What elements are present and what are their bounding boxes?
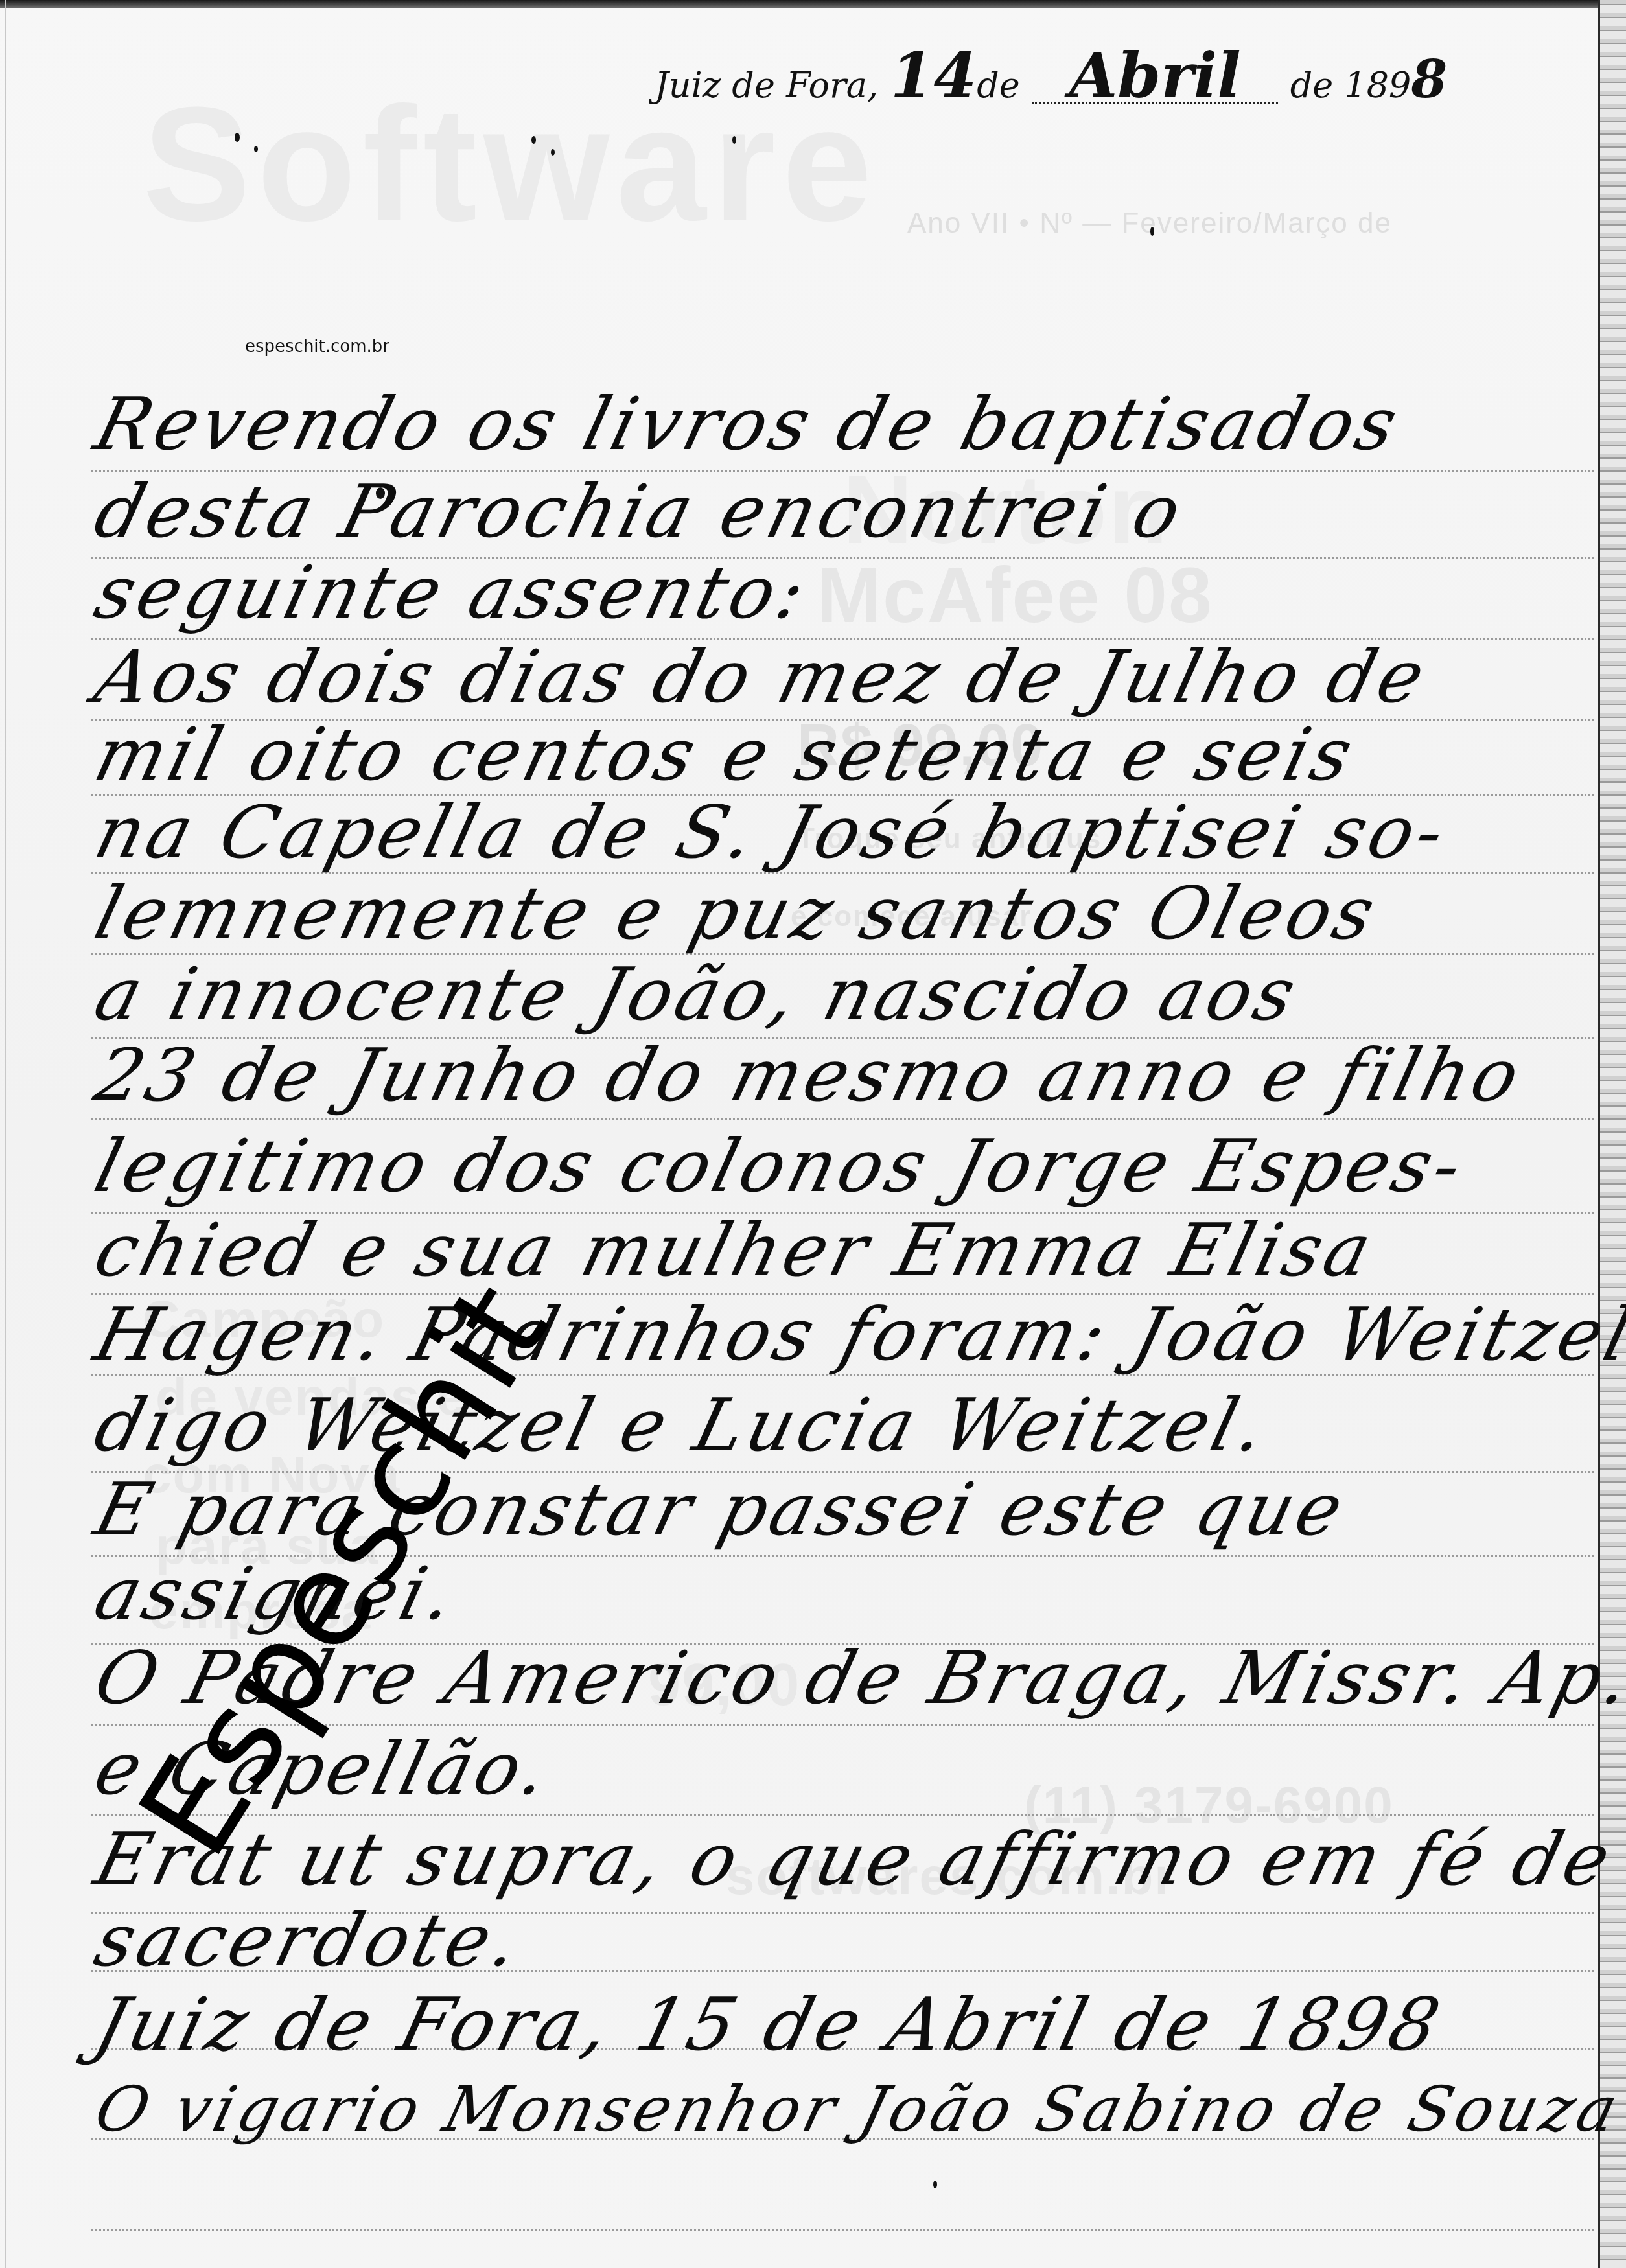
handwritten-line: lemnemente e puz santos Oleos <box>87 872 1387 956</box>
handwritten-line: digo Weitzel e Lucia Weitzel. <box>87 1383 1278 1468</box>
header-place: Juiz de Fora, <box>655 65 878 106</box>
scan-speck <box>551 149 555 156</box>
handwritten-line: 23 de Junho do mesmo anno e filho <box>87 1034 1531 1118</box>
scan-speck <box>235 133 240 142</box>
scanned-document-page: Software Ano VII • Nº — Fevereiro/Março … <box>0 0 1626 2268</box>
handwritten-line: mil oito centos e setenta e seis <box>87 713 1364 797</box>
scan-speck <box>531 136 536 144</box>
handwritten-line: a innocente João, nascido aos <box>87 953 1307 1037</box>
scan-left-fold <box>5 0 6 2268</box>
scan-speck <box>1150 227 1154 236</box>
handwritten-line: Juiz de Fora, 15 de Abril de 1898 <box>87 1983 1452 2067</box>
header-de: de <box>977 65 1020 106</box>
header-year-digit: 8 <box>1411 49 1447 110</box>
handwritten-line: desta Parochia encontrei o <box>87 470 1193 554</box>
handwritten-line: seguinte assento: <box>87 551 817 635</box>
handwritten-line: legitimo dos colonos Jorge Espes- <box>87 1124 1474 1209</box>
scan-speck <box>254 146 258 152</box>
handwritten-line: chied e sua mulher Emma Elisa <box>87 1209 1383 1293</box>
scan-speck <box>376 487 385 499</box>
handwritten-line: sacerdote. <box>87 1899 531 1983</box>
handwritten-line: Revendo os livros de baptisados <box>87 382 1409 467</box>
scan-speck <box>933 2181 937 2188</box>
site-url-label: espeschit.com.br <box>245 337 389 356</box>
bleed-issue-line: Ano VII • Nº — Fevereiro/Março de <box>907 207 1392 240</box>
ruled-line <box>91 1118 1594 1120</box>
header-month: Abril <box>1032 50 1278 104</box>
header-day: 14 <box>890 39 977 112</box>
handwritten-line: na Capella de S. José baptisei so- <box>87 791 1457 875</box>
bleed-fragment: McAfee 08 <box>817 551 1213 640</box>
ruled-line <box>91 1814 1594 1816</box>
ruled-line <box>91 2229 1594 2231</box>
handwritten-line: Hagen. Padrinhos foram: João Weitzel <box>87 1293 1626 1377</box>
scan-right-edge <box>1598 0 1626 2268</box>
document-date-header: Juiz de Fora, 14de Abril de 1898 <box>655 39 1400 117</box>
scan-speck <box>732 136 736 144</box>
scan-top-edge <box>0 0 1626 8</box>
handwritten-line: Aos dois dias do mez de Julho de <box>87 635 1437 719</box>
handwritten-line: Erat ut supra, o que affirmo em fé de <box>87 1818 1622 1902</box>
signature-line: O vigario Monsenhor João Sabino de Souza… <box>87 2067 1626 2151</box>
header-year-prefix: de 189 <box>1290 65 1411 106</box>
